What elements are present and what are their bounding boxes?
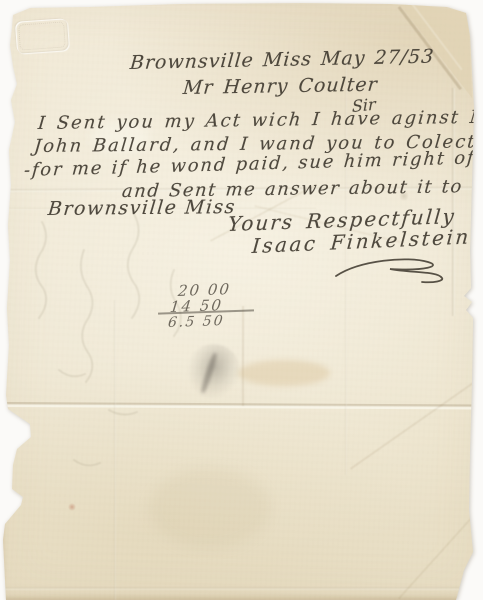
body-line: I Sent you my Act wich I have aginst Mr (37, 107, 483, 134)
diagonal-crease (350, 382, 474, 470)
ink-smudge-streak (200, 352, 219, 394)
signature-flourish (330, 254, 450, 288)
tan-stain (238, 360, 330, 386)
paper-shadow-wrap: Brownsville Miss May 27/53 Mr Henry Coul… (0, 0, 483, 600)
vertical-fold-crease (114, 300, 116, 600)
horizontal-fold-crease (0, 587, 483, 590)
calculation-result: 6.5 50 (167, 313, 225, 331)
vertical-fold-crease (242, 306, 244, 406)
body-line: Brownsville Miss (47, 196, 237, 220)
ink-smudge (178, 336, 248, 407)
embossed-stamp (15, 18, 69, 54)
bleed-through-marks (14, 210, 224, 510)
diagonal-crease (398, 509, 480, 600)
photo-frame: Brownsville Miss May 27/53 Mr Henry Coul… (0, 0, 483, 600)
letter-paper: Brownsville Miss May 27/53 Mr Henry Coul… (0, 0, 483, 600)
recipient-text: Mr Henry Coulter (182, 74, 379, 99)
horizontal-fold-crease (5, 402, 475, 409)
dateline-text: Brownsville Miss May 27/53 (129, 46, 435, 74)
foxing-spot (150, 468, 270, 548)
